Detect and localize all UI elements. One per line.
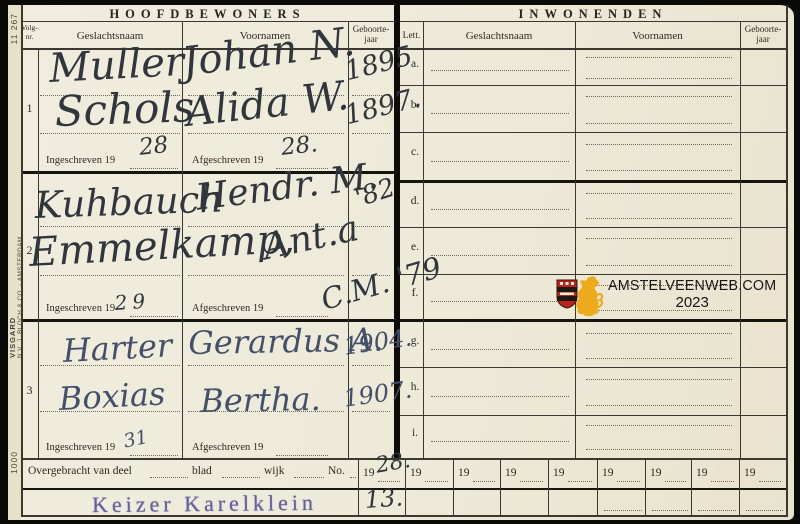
watermark-site: AMSTELVEENWEB.COM — [608, 279, 776, 295]
dotted-rule — [431, 441, 569, 442]
grid-line — [21, 319, 786, 322]
dotted-rule — [276, 455, 328, 456]
dotted-rule — [586, 193, 732, 194]
grid-line — [740, 21, 741, 458]
handwritten-dossier-number: 13. — [364, 485, 404, 512]
dotted-rule — [586, 123, 732, 124]
year-box: 19 — [739, 458, 786, 488]
dotted-rule — [586, 144, 732, 145]
dotted-rule — [586, 57, 732, 58]
dotted-rule — [520, 464, 544, 482]
handwritten-voornamen: Alida W. — [184, 76, 351, 133]
dotted-rule — [586, 238, 732, 239]
afgeschreven-label-1: Afgeschreven 19 — [192, 155, 263, 166]
inwonenden-title: INWONENDEN — [400, 7, 786, 21]
dotted-rule — [698, 510, 736, 511]
dotted-rule — [150, 477, 188, 478]
dotted-rule — [431, 70, 569, 71]
afgeschreven-label-3: Afgeschreven 19 — [192, 442, 263, 453]
grid-line — [400, 85, 786, 86]
dotted-rule — [711, 464, 735, 482]
dotted-rule — [586, 379, 732, 380]
col-header-geboortejaar-right-l2: jaar — [756, 34, 770, 44]
row-letter: i. — [405, 427, 425, 439]
dotted-rule — [586, 170, 732, 171]
dotted-rule — [188, 275, 344, 276]
handwritten-geslachtsnaam: Schols — [54, 86, 195, 133]
year-prefix: 19 — [691, 467, 708, 479]
handwritten-geslachtsnaam: Muller — [48, 42, 185, 89]
row-letter: d. — [405, 195, 425, 207]
col-header-geboortejaar-left: Geboorte- jaar — [348, 24, 394, 45]
dotted-rule — [425, 464, 449, 482]
inwonenden-row: b. — [400, 85, 786, 132]
scanned-register-card-photo: 11 267 VISGARD N.V. J. BLOCH & CO. - AMS… — [0, 0, 800, 524]
dotted-rule — [586, 218, 732, 219]
printer-name: N.V. J. BLOCH & CO. - AMSTERDAM — [17, 183, 24, 358]
lion-rampant-icon — [574, 275, 604, 317]
dotted-rule — [746, 510, 783, 511]
dotted-rule — [431, 113, 569, 114]
printer-brand: VISGARD — [8, 183, 17, 358]
dotted-rule — [352, 365, 390, 366]
watermark: AMSTELVEENWEB.COM 2023 — [556, 279, 776, 317]
year-prefix: 19 — [645, 467, 662, 479]
year-box: 19 — [405, 458, 453, 488]
handwritten-geslachtsnaam: Emmelkamp, — [28, 219, 296, 273]
grid-line — [400, 227, 786, 228]
year-prefix: 19 — [358, 467, 375, 479]
grid-line — [400, 180, 786, 183]
year-box: 19 — [500, 458, 548, 488]
wijk-label: wijk — [264, 465, 284, 477]
grid-line — [400, 415, 786, 416]
col-header-voornamen-right: Voornamen — [575, 30, 740, 43]
year-box: 19 — [691, 458, 739, 488]
handwritten-afgeschreven-year: 28. — [280, 133, 319, 160]
watermark-text: AMSTELVEENWEB.COM 2023 — [608, 279, 776, 311]
dotted-rule — [568, 464, 593, 482]
dotted-rule — [431, 349, 569, 350]
address-stamp: Keizer Karelklein — [92, 490, 317, 518]
handwritten-ingeschreven-year: 31 — [122, 428, 150, 452]
col-header-geboortejaar-left-l1: Geboorte- — [353, 24, 389, 34]
handwritten-ingeschreven-year: 29 — [114, 291, 151, 313]
year-box: 19 — [548, 458, 597, 488]
dotted-rule — [652, 510, 688, 511]
grid-line — [786, 5, 788, 517]
overgebracht-label: Overgebracht van deel — [28, 465, 132, 477]
register-card: 11 267 VISGARD N.V. J. BLOCH & CO. - AMS… — [8, 2, 794, 520]
grid-line — [21, 488, 786, 490]
dotted-rule — [473, 464, 496, 482]
dotted-rule — [586, 449, 732, 450]
dotted-rule — [586, 265, 732, 266]
dotted-rule — [431, 301, 569, 302]
dotted-rule — [586, 78, 732, 79]
dotted-rule — [586, 405, 732, 406]
dotted-rule — [188, 365, 344, 366]
ingeschreven-label-2: Ingeschreven 19 — [46, 303, 115, 314]
ingeschreven-label-1: Ingeschreven 19 — [46, 155, 115, 166]
inwonenden-row: c. — [400, 132, 786, 180]
year-prefix: 19 — [739, 467, 756, 479]
row-letter: c. — [405, 146, 425, 158]
col-header-geboortejaar-right: Geboorte- jaar — [740, 24, 786, 45]
grid-line — [575, 21, 576, 458]
dotted-rule — [130, 168, 178, 169]
dotted-rule — [352, 411, 390, 412]
hoofdbewoners-title: HOOFDBEWONERS — [21, 7, 394, 21]
col-header-volgnr-l2: nr. — [26, 32, 34, 41]
dotted-rule — [130, 455, 178, 456]
grid-line — [400, 367, 786, 368]
grid-line — [400, 21, 786, 22]
year-prefix: 19 — [597, 467, 614, 479]
grid-line — [400, 48, 786, 50]
year-prefix: 19 — [500, 467, 517, 479]
col-header-geslachtsnaam-right: Geslachtsnaam — [423, 30, 575, 43]
dotted-rule — [431, 396, 569, 397]
dotted-rule — [222, 477, 260, 478]
handwritten-ingeschreven-year: 28 — [138, 134, 170, 160]
col-header-geboortejaar-left-l2: jaar — [364, 34, 378, 44]
handwritten-voornamen: Bertha. — [200, 383, 321, 417]
dotted-rule — [431, 161, 569, 162]
dotted-rule — [431, 255, 569, 256]
year-box: 19 — [645, 458, 691, 488]
inwonenden-row: i. — [400, 415, 786, 458]
year-prefix: 19 — [453, 467, 470, 479]
col-header-volgnr: Volg- nr. — [20, 24, 39, 41]
dotted-rule — [294, 477, 324, 478]
no-label: No. — [328, 465, 345, 477]
inwonenden-row: a. — [400, 48, 786, 85]
margin-serial-number: 11 267 — [9, 13, 19, 44]
watermark-year: 2023 — [608, 295, 776, 312]
inwonenden-row: h. — [400, 367, 786, 415]
dotted-rule — [617, 464, 641, 482]
dotted-rule — [431, 209, 569, 210]
margin-print-run: 1000 — [9, 451, 19, 474]
dotted-rule — [604, 510, 642, 511]
dotted-rule — [586, 425, 732, 426]
dotted-rule — [40, 275, 180, 276]
printer-imprint: VISGARD N.V. J. BLOCH & CO. - AMSTERDAM — [8, 183, 24, 358]
year-box: 19 — [453, 458, 500, 488]
dotted-rule — [350, 477, 356, 478]
inwonenden-row: g. — [400, 322, 786, 367]
dotted-rule — [130, 316, 178, 317]
blad-label: blad — [192, 465, 212, 477]
handwritten-geslachtsnaam: Boxias — [58, 377, 166, 415]
inwonenden-row: d. — [400, 182, 786, 227]
grid-line — [400, 132, 786, 133]
col-header-lett: Lett. — [400, 31, 423, 42]
handwritten-geslachtsnaam: Harter — [62, 329, 173, 367]
ingeschreven-label-3: Ingeschreven 19 — [46, 442, 115, 453]
col-header-geboortejaar-right-l1: Geboorte- — [745, 24, 781, 34]
year-box: 19 — [597, 458, 645, 488]
afgeschreven-label-2: Afgeschreven 19 — [192, 303, 263, 314]
dotted-rule — [276, 316, 328, 317]
dotted-rule — [352, 133, 390, 134]
volgnr-1: 1 — [21, 101, 38, 116]
dotted-rule — [586, 333, 732, 334]
handwritten-overgebracht-year: 28. — [374, 450, 412, 478]
row-letter: e. — [405, 241, 425, 253]
volgnr-3: 3 — [21, 383, 38, 398]
dotted-rule — [586, 96, 732, 97]
dotted-rule — [759, 464, 782, 482]
inwonenden-row: e. — [400, 227, 786, 274]
grid-line — [423, 21, 424, 458]
dotted-rule — [665, 464, 687, 482]
year-prefix: 19 — [548, 467, 565, 479]
dotted-rule — [586, 358, 732, 359]
